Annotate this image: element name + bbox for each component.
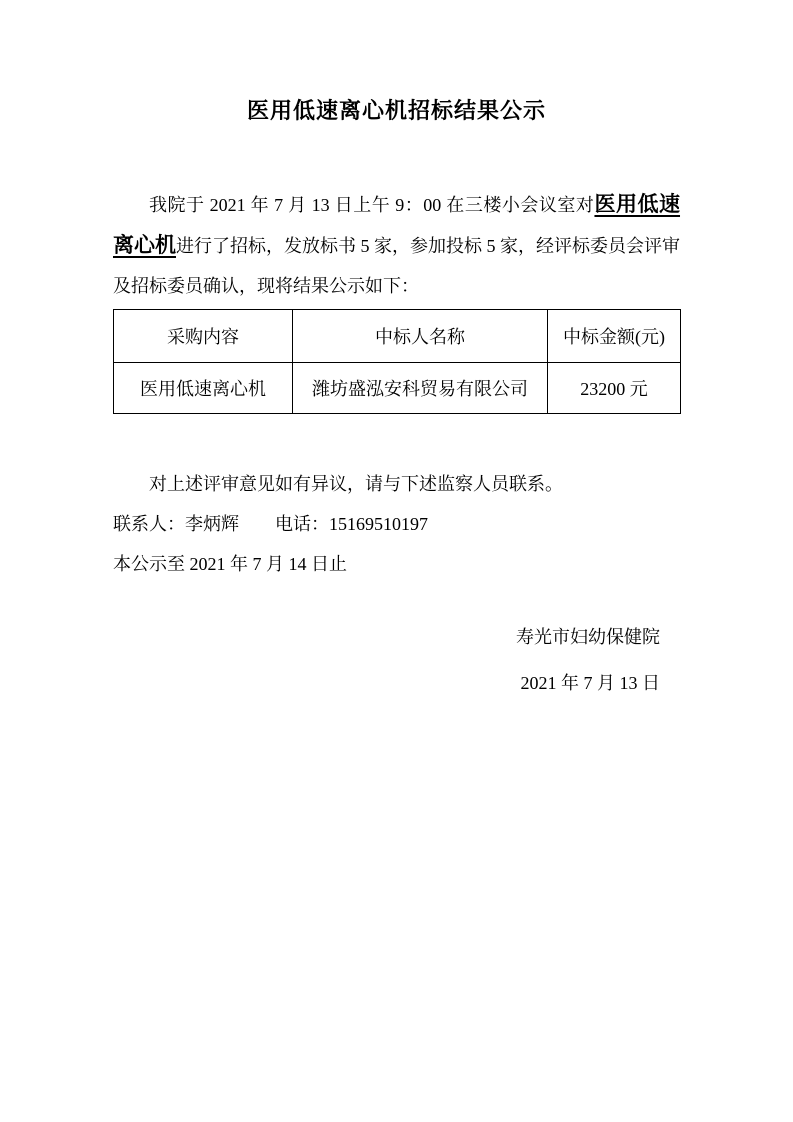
- objection-paragraph: 对上述评审意见如有异议，请与下述监察人员联系。: [113, 464, 680, 504]
- notice-period-line: 本公示至 2021 年 7 月 14 日止: [113, 544, 680, 584]
- document-page: 医用低速离心机招标结果公示 我院于 2021 年 7 月 13 日上午 9：00…: [0, 0, 793, 1122]
- table-row: 医用低速离心机 潍坊盛泓安科贸易有限公司 23200 元: [114, 363, 681, 414]
- page-title: 医用低速离心机招标结果公示: [113, 96, 680, 126]
- header-winner-name: 中标人名称: [293, 310, 548, 363]
- bid-result-table: 采购内容 中标人名称 中标金额(元) 医用低速离心机 潍坊盛泓安科贸易有限公司 …: [113, 309, 681, 414]
- contact-line: 联系人：李炳辉电话：15169510197: [113, 504, 680, 544]
- intro-text-before: 我院于 2021 年 7 月 13 日上午 9：00 在三楼小会议室对: [149, 195, 594, 215]
- contact-phone-number: 15169510197: [329, 514, 428, 534]
- intro-text-after: 进行了招标，发放标书 5 家，参加投标 5 家，经评标委员会评审及招标委员确认，…: [113, 236, 680, 296]
- cell-winning-amount: 23200 元: [548, 363, 681, 414]
- signature-date: 2021 年 7 月 13 日: [113, 660, 660, 706]
- signature-organization: 寿光市妇幼保健院: [113, 614, 660, 660]
- cell-winner-name: 潍坊盛泓安科贸易有限公司: [293, 363, 548, 414]
- header-winning-amount: 中标金额(元): [548, 310, 681, 363]
- table-header-row: 采购内容 中标人名称 中标金额(元): [114, 310, 681, 363]
- cell-procurement-content: 医用低速离心机: [114, 363, 293, 414]
- contact-phone-label: 电话：: [275, 514, 329, 534]
- header-procurement-content: 采购内容: [114, 310, 293, 363]
- signature-block: 寿光市妇幼保健院 2021 年 7 月 13 日: [113, 614, 680, 706]
- contact-person-label: 联系人：: [113, 514, 185, 534]
- intro-paragraph: 我院于 2021 年 7 月 13 日上午 9：00 在三楼小会议室对医用低速离…: [113, 184, 680, 306]
- contact-person-name: 李炳辉: [185, 514, 239, 534]
